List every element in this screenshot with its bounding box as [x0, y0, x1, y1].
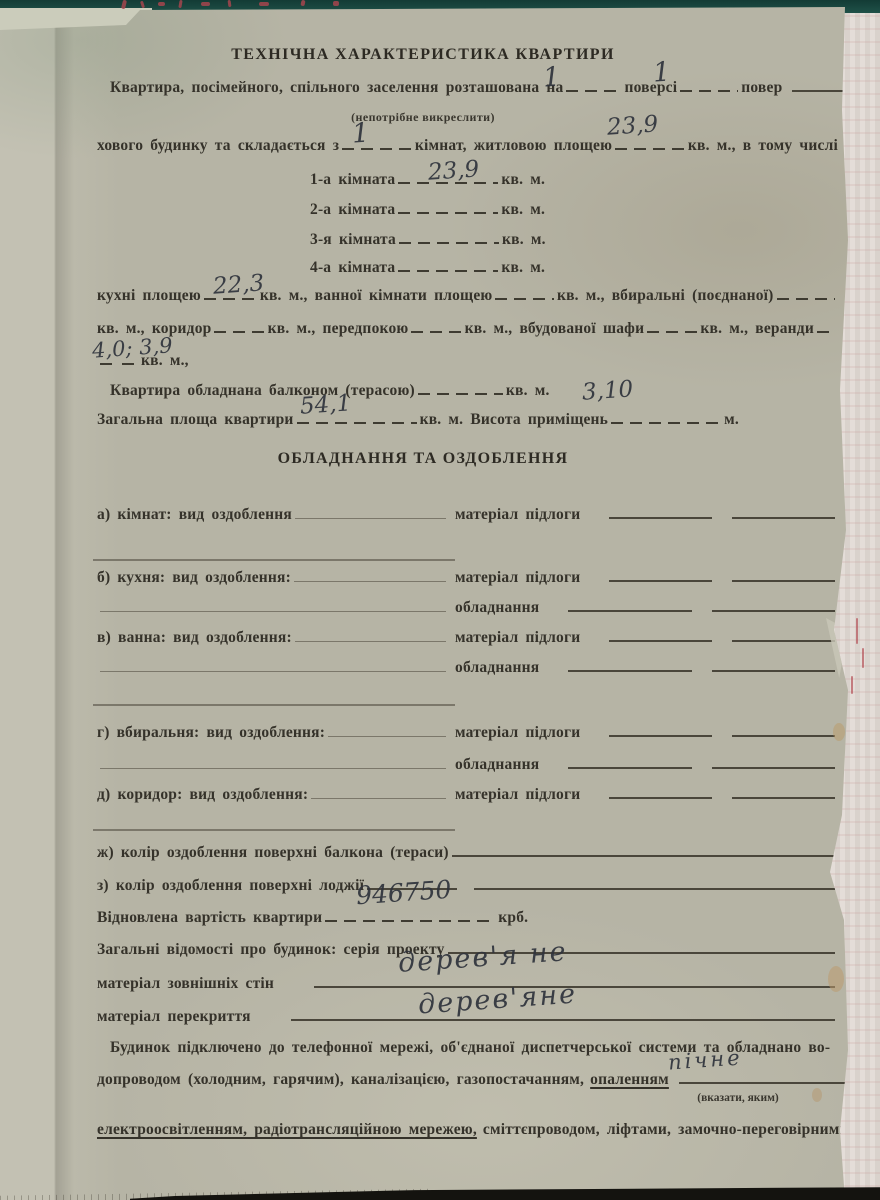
finish-row-v2: обладнання: [97, 659, 838, 677]
fill-line: [122, 363, 138, 365]
write-in-line: [792, 90, 870, 92]
write-in-line: [291, 1019, 835, 1021]
handwritten-living-area: 23,9: [606, 111, 659, 141]
finish-row-b: б) кухня: вид оздоблення: матеріал підло…: [97, 569, 838, 587]
unit: кв. м.: [501, 259, 545, 277]
form-page: ТЕХНІЧНА ХАРАКТЕРИСТИКА КВАРТИРИ Квартир…: [0, 0, 880, 1200]
fill-line: [411, 331, 461, 333]
write-in-line: [732, 640, 835, 642]
write-in-line: [294, 581, 446, 583]
write-in-line: [609, 797, 712, 799]
write-in-line: [295, 518, 446, 520]
fill-line: [647, 331, 697, 333]
label: в) ванна: вид оздоблення:: [97, 629, 292, 647]
label: 4-а кімната: [310, 259, 395, 277]
continuation-line: [90, 704, 458, 706]
continuation-line: [90, 559, 458, 561]
finish-row-d: д) коридор: вид оздоблення: матеріал під…: [97, 786, 838, 804]
write-in-line: [712, 767, 835, 769]
write-in-line: [732, 797, 835, 799]
fill-line: [680, 90, 738, 92]
heating-label: опаленням: [590, 1071, 669, 1089]
label: з) колір оздоблення поверхні лоджії: [97, 877, 364, 895]
write-in-line: [100, 671, 446, 673]
write-in-line: [568, 610, 691, 612]
write-in-line: [609, 517, 712, 519]
label: 2-а кімната: [310, 201, 395, 219]
unit: кв. м.: [506, 382, 550, 400]
paragraph-line-heating: допроводом (холодним, гарячим), каналіза…: [97, 1071, 880, 1089]
fabric-red-fleck: [862, 648, 864, 668]
label: матеріал перекриття: [97, 1008, 251, 1026]
label: а) кімнат: вид оздоблення: [97, 506, 292, 524]
handwritten-floor: 1: [542, 61, 561, 93]
label: хового будинку та складається з: [97, 137, 339, 155]
unit: кв. м.: [501, 201, 545, 219]
write-in-line: [712, 670, 835, 672]
write-in-line: [311, 798, 446, 800]
fill-line: [615, 148, 685, 150]
form-line-rooms-area: хового будинку та складається з кімнат, …: [97, 137, 838, 155]
write-in-line: [328, 736, 446, 738]
write-in-line: [295, 641, 446, 643]
label: Квартира, посімейного, спільного заселен…: [110, 79, 563, 97]
form-line-floor: Квартира, посімейного, спільного заселен…: [110, 79, 838, 97]
handwritten-rooms-count: 1: [351, 117, 370, 149]
balcony-color-row: ж) колір оздоблення поверхні балкона (те…: [97, 844, 838, 862]
write-in-line: [609, 580, 712, 582]
write-in-line: [474, 888, 835, 890]
text: сміттєпроводом, ліфтами, замочно-перегов…: [483, 1121, 849, 1139]
form-line-total-area: Загальна площа квартири кв. м. Висота пр…: [97, 411, 739, 429]
finish-row-g: г) вбиральня: вид оздоблення: матеріал п…: [97, 724, 838, 742]
text: електроосвітленням, радіотрансляційною м…: [97, 1121, 477, 1139]
label: кв. м., передпокою: [268, 320, 409, 338]
fill-line: [100, 363, 116, 365]
write-in-line: [568, 767, 691, 769]
label: матеріал підлоги: [455, 724, 580, 742]
fill-line: [777, 298, 835, 300]
handwritten-floors-total: 1: [652, 56, 671, 88]
fill-line: [495, 298, 553, 300]
label: ж) колір оздоблення поверхні балкона (те…: [97, 844, 449, 862]
red-pen-mark: [158, 2, 165, 6]
fill-line: [418, 393, 503, 395]
write-in-line: [93, 704, 455, 706]
label: б) кухня: вид оздоблення:: [97, 569, 291, 587]
write-in-line: [732, 735, 835, 737]
unit: м.: [724, 411, 739, 429]
write-in-line: [732, 580, 835, 582]
fabric-red-fleck: [856, 618, 858, 644]
label: матеріал підлоги: [455, 786, 580, 804]
unit: кв. м.: [502, 231, 546, 249]
label: Загальна площа квартири: [97, 411, 294, 429]
red-pen-mark: [259, 2, 269, 6]
fill-line: [297, 422, 417, 424]
write-in-line: [679, 1082, 849, 1084]
finish-row-g2: обладнання: [97, 756, 838, 774]
write-in-line: [93, 829, 455, 831]
label: г) вбиральня: вид оздоблення:: [97, 724, 325, 742]
label: д) коридор: вид оздоблення:: [97, 786, 308, 804]
room-row: 4-а кімната кв. м.: [310, 259, 545, 277]
fill-line: [398, 212, 498, 214]
label: обладнання: [455, 599, 539, 617]
stain: [812, 1088, 822, 1102]
handwritten-ceiling-height: 3,10: [581, 376, 634, 406]
label: кв. м. Висота приміщень: [420, 411, 609, 429]
label: матеріал підлоги: [455, 569, 580, 587]
label: матеріал підлоги: [455, 506, 580, 524]
handwritten-kitchen-area: 22,3: [212, 270, 265, 300]
label: кв. м., в тому числі: [688, 137, 838, 155]
write-in-line: [609, 735, 712, 737]
label: кв. м., вбудованої шафи: [465, 320, 645, 338]
unit: кв. м.: [501, 171, 545, 189]
page-title: ТЕХНІЧНА ХАРАКТЕРИСТИКА КВАРТИРИ: [0, 46, 846, 64]
label: обладнання: [455, 659, 539, 677]
strike-note: (непотрібне викреслити): [0, 110, 846, 125]
room-row: 3-я кімната кв. м.: [310, 231, 546, 249]
handwritten-room1-area: 23,9: [427, 156, 480, 186]
label: повер: [741, 79, 782, 97]
room-row: 2-а кімната кв. м.: [310, 201, 545, 219]
label: матеріал зовнішніх стін: [97, 975, 274, 993]
label: обладнання: [455, 756, 539, 774]
handwritten-cost: 946750: [355, 875, 452, 911]
stain: [833, 723, 845, 741]
write-in-line: [100, 768, 446, 770]
red-pen-mark: [333, 1, 339, 6]
label: кв. м., веранди: [700, 320, 814, 338]
continuation-line: [90, 829, 458, 831]
label: кухні площею: [97, 287, 201, 305]
document-photo: ТЕХНІЧНА ХАРАКТЕРИСТИКА КВАРТИРИ Квартир…: [0, 0, 880, 1200]
label: кв. м., вбиральні (поєднаної): [557, 287, 774, 305]
form-line-kitchen: кухні площею кв. м., ванної кімнати площ…: [97, 287, 838, 305]
cost-row: Відновлена вартість квартири крб.: [97, 909, 528, 927]
handwritten-total-area: 54,1: [299, 390, 352, 420]
label: 3-я кімната: [310, 231, 396, 249]
write-in-line: [732, 517, 835, 519]
stain: [828, 966, 844, 992]
finish-row-a: а) кімнат: вид оздоблення матеріал підло…: [97, 506, 838, 524]
finish-row-b2: обладнання: [97, 599, 838, 617]
label: Відновлена вартість квартири: [97, 909, 322, 927]
fill-line: [398, 270, 498, 272]
write-in-line: [860, 1082, 880, 1084]
label: матеріал підлоги: [455, 629, 580, 647]
form-line-corridor: кв. м., коридор кв. м., передпокою кв. м…: [97, 320, 838, 338]
fabric-red-fleck: [851, 676, 853, 694]
text: допроводом (холодним, гарячим), каналіза…: [97, 1071, 584, 1089]
label: кв. м., ванної кімнати площею: [260, 287, 493, 305]
fill-line: [817, 331, 835, 333]
write-in-line: [712, 610, 835, 612]
loggia-color-row: з) колір оздоблення поверхні лоджії: [97, 877, 838, 895]
write-in-line: [609, 640, 712, 642]
write-in-line: [568, 670, 691, 672]
red-pen-mark: [201, 2, 210, 6]
hint-label: (вказати, яким): [648, 1092, 828, 1104]
paragraph-line: електроосвітленням, радіотрансляційною м…: [97, 1121, 849, 1139]
section-title: ОБЛАДНАННЯ ТА ОЗДОБЛЕННЯ: [0, 450, 846, 468]
fill-line: [399, 242, 499, 244]
write-in-line: [100, 611, 446, 613]
unit: крб.: [498, 909, 528, 927]
fill-line: [214, 331, 264, 333]
label: кімнат, житловою площею: [415, 137, 612, 155]
fill-line: [325, 920, 495, 922]
fill-line: [611, 422, 721, 424]
write-in-line: [452, 855, 835, 857]
label: Загальні відомості про будинок: серія пр…: [97, 941, 445, 959]
write-in-line: [93, 559, 455, 561]
label: Квартира обладнана балконом (терасою): [110, 382, 415, 400]
label: 1-а кімната: [310, 171, 395, 189]
fill-line: [566, 90, 621, 92]
finish-row-v: в) ванна: вид оздоблення: матеріал підло…: [97, 629, 838, 647]
